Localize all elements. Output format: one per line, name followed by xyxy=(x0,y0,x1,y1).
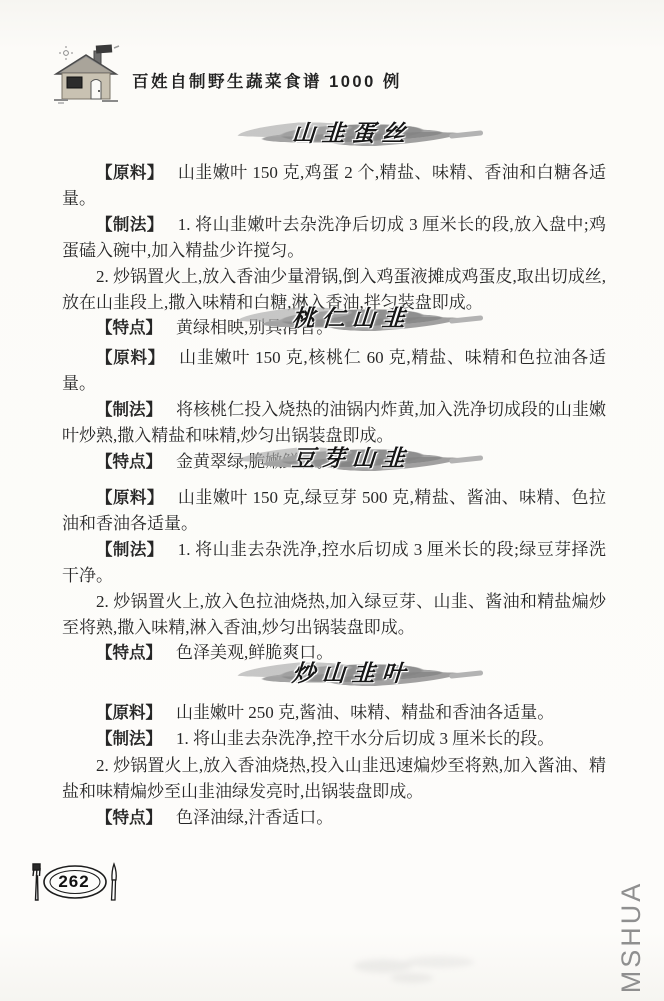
recipe-title-banner: 山韭蛋丝 xyxy=(232,116,472,152)
ingredients-label: 【原料】 xyxy=(96,349,165,367)
sun-icon xyxy=(59,46,73,60)
ingredients-label: 【原料】 xyxy=(96,164,164,182)
method-step-text: 2. 炒锅置火上,放入色拉油烧热,加入绿豆芽、山韭、酱油和精盐煸炒至将熟,撒入味… xyxy=(62,592,606,637)
feature-text: 色泽油绿,汁香适口。 xyxy=(176,808,333,827)
method-label: 【制法】 xyxy=(96,401,162,419)
recipe-title: 炒山韭叶 xyxy=(231,656,473,690)
method-step-text: 1. 将山韭去杂洗净,控干水分后切成 3 厘米长的段。 xyxy=(176,729,554,748)
feature-label: 【特点】 xyxy=(96,809,162,827)
feature-paragraph: 【特点】色泽油绿,汁香适口。 xyxy=(62,805,606,831)
method-label: 【制法】 xyxy=(96,541,164,559)
page-header: 百姓自制野生蔬菜食谱 1000 例 xyxy=(52,44,604,106)
ingredients-paragraph: 【原料】山韭嫩叶 250 克,酱油、味精、精盐和香油各适量。 xyxy=(62,700,606,726)
ingredients-paragraph: 【原料】山韭嫩叶 150 克,鸡蛋 2 个,精盐、味精、香油和白糖各适量。 xyxy=(62,160,606,212)
ingredients-label: 【原料】 xyxy=(96,704,162,722)
method-paragraph: 【制法】1. 将山韭去杂洗净,控水后切成 3 厘米长的段;绿豆芽择洗干净。 xyxy=(62,537,606,589)
method-paragraph: 2. 炒锅置火上,放入香油烧热,投入山韭迅速煸炒至将熟,加入酱油、精盐和味精煸炒… xyxy=(62,753,606,805)
recipe-title-banner: 豆芽山韭 xyxy=(232,441,472,477)
book-page: 百姓自制野生蔬菜食谱 1000 例 山韭蛋丝 【原料】山韭嫩叶 150 克,鸡蛋… xyxy=(0,0,664,1001)
recipe-title: 桃仁山韭 xyxy=(231,301,473,335)
recipe-title-banner: 炒山韭叶 xyxy=(232,656,472,692)
ingredients-paragraph: 【原料】山韭嫩叶 150 克,核桃仁 60 克,精盐、味精和色拉油各适量。 xyxy=(62,345,606,397)
watermark-text: MSHUA xyxy=(616,877,646,997)
recipe-section-chaoshanjiuye: 炒山韭叶 【原料】山韭嫩叶 250 克,酱油、味精、精盐和香油各适量。 【制法】… xyxy=(0,656,664,831)
ingredients-paragraph: 【原料】山韭嫩叶 150 克,绿豆芽 500 克,精盐、酱油、味精、色拉油和香油… xyxy=(62,485,606,537)
method-label: 【制法】 xyxy=(96,216,164,234)
page-number: 262 xyxy=(26,866,122,898)
recipe-body: 【原料】山韭嫩叶 250 克,酱油、味精、精盐和香油各适量。 【制法】1. 将山… xyxy=(0,692,664,831)
recipe-section-douyashanjiu: 豆芽山韭 【原料】山韭嫩叶 150 克,绿豆芽 500 克,精盐、酱油、味精、色… xyxy=(0,441,664,667)
recipe-title-banner: 桃仁山韭 xyxy=(232,301,472,337)
house-icon xyxy=(52,44,122,106)
recipe-body: 【原料】山韭嫩叶 150 克,绿豆芽 500 克,精盐、酱油、味精、色拉油和香油… xyxy=(0,477,664,667)
method-label: 【制法】 xyxy=(96,730,162,748)
ingredients-text: 山韭嫩叶 250 克,酱油、味精、精盐和香油各适量。 xyxy=(176,703,554,722)
method-paragraph: 2. 炒锅置火上,放入色拉油烧热,加入绿豆芽、山韭、酱油和精盐煸炒至将熟,撒入味… xyxy=(62,589,606,641)
method-paragraph: 【制法】1. 将山韭去杂洗净,控干水分后切成 3 厘米长的段。 xyxy=(62,726,606,752)
method-paragraph: 【制法】1. 将山韭嫩叶去杂洗净后切成 3 厘米长的段,放入盘中;鸡蛋磕入碗中,… xyxy=(62,212,606,264)
recipe-title: 豆芽山韭 xyxy=(231,441,473,475)
book-title: 百姓自制野生蔬菜食谱 1000 例 xyxy=(132,68,402,92)
recipe-title: 山韭蛋丝 xyxy=(231,116,473,150)
method-step-text: 2. 炒锅置火上,放入香油烧热,投入山韭迅速煸炒至将熟,加入酱油、精盐和味精煸炒… xyxy=(62,756,606,801)
ingredients-label: 【原料】 xyxy=(96,489,164,507)
scan-smudge xyxy=(335,950,495,990)
